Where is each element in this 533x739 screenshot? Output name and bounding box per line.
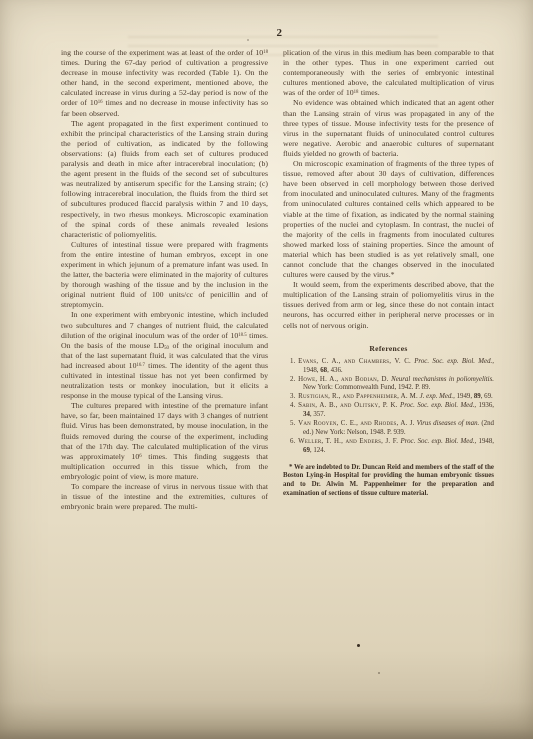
body-paragraph: The agent propagated in the first experi… <box>61 119 268 240</box>
body-paragraph: On microscopic examination of fragments … <box>283 159 494 280</box>
body-paragraph: In one experiment with embryonic intesti… <box>61 310 268 401</box>
body-paragraph: Cultures of intestinal tissue were prepa… <box>61 240 268 311</box>
references-list: 1.Evans, C. A., and Chambers, V. C. Proc… <box>283 358 494 456</box>
references-heading: References <box>283 344 494 354</box>
footnote: * We are indebted to Dr. Duncan Reid and… <box>283 464 494 499</box>
ink-speck <box>378 672 380 674</box>
ink-speck <box>247 39 249 41</box>
reference-number: 1. <box>290 358 298 365</box>
body-paragraph: To compare the increase of virus in nerv… <box>61 482 268 512</box>
reference-number: 2. <box>290 376 298 383</box>
reference-item: 4.Sabin, A. B., and Olitsky, P. K. Proc.… <box>283 402 494 420</box>
body-paragraph: No evidence was obtained which indicated… <box>283 98 494 159</box>
body-paragraph: The cultures prepared with intestine of … <box>61 401 268 482</box>
references-section: References 1.Evans, C. A., and Chambers,… <box>283 344 494 499</box>
reference-number: 5. <box>290 420 298 427</box>
scanned-paper-page: 2 ing the course of the experiment was a… <box>0 0 533 739</box>
reference-item: 1.Evans, C. A., and Chambers, V. C. Proc… <box>283 358 494 376</box>
right-column: plication of the virus in this medium ha… <box>283 48 494 512</box>
text-columns: ing the course of the experiment was at … <box>0 39 533 512</box>
body-paragraph: plication of the virus in this medium ha… <box>283 48 494 98</box>
reference-item: 2.Howe, H. A., and Bodian, D. Neural mec… <box>283 376 494 394</box>
page-number: 2 <box>33 0 526 39</box>
left-column: ing the course of the experiment was at … <box>61 48 268 512</box>
reference-item: 3.Rustigian, R., and Pappenheimer, A. M.… <box>283 393 494 402</box>
reference-item: 6.Weller, T. H., and Enders, J. F. Proc.… <box>283 438 494 456</box>
reference-number: 4. <box>290 402 298 409</box>
ink-speck <box>357 644 360 647</box>
reference-number: 6. <box>290 438 298 445</box>
body-paragraph: It would seem, from the experiments desc… <box>283 280 494 330</box>
reference-number: 3. <box>290 393 298 400</box>
reference-item: 5.Van Rooyen, C. E., and Rhodes, A. J. V… <box>283 420 494 438</box>
body-paragraph: ing the course of the experiment was at … <box>61 48 268 119</box>
